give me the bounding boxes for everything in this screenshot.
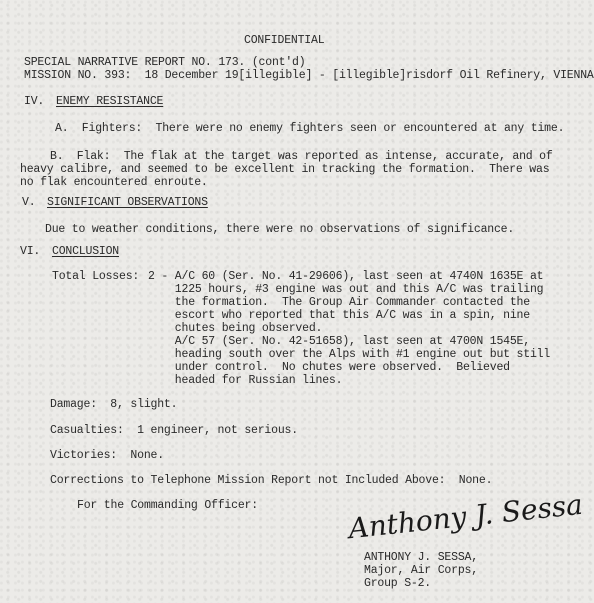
losses-line: escort who reported that this A/C was in… bbox=[148, 309, 530, 322]
section-v-title: SIGNIFICANT OBSERVATIONS bbox=[47, 196, 208, 209]
victories-text: Victories: None. bbox=[50, 449, 164, 462]
losses-line: heading south over the Alps with #1 engi… bbox=[148, 348, 550, 361]
flak-line-1: B. Flak: The flak at the target was repo… bbox=[50, 150, 553, 163]
classification-header: CONFIDENTIAL bbox=[244, 34, 324, 47]
losses-line: 2 - A/C 60 (Ser. No. 41-29606), last see… bbox=[148, 270, 543, 283]
report-number: SPECIAL NARRATIVE REPORT NO. 173. (cont'… bbox=[24, 56, 305, 69]
losses-line: 1225 hours, #3 engine was out and this A… bbox=[148, 283, 543, 296]
signatory-name: ANTHONY J. SESSA, bbox=[364, 551, 478, 564]
corrections-text: Corrections to Telephone Mission Report … bbox=[50, 474, 492, 487]
for-commanding-officer: For the Commanding Officer: bbox=[77, 499, 258, 512]
handwritten-signature: Anthony J. Sessa bbox=[347, 488, 584, 545]
losses-line: A/C 57 (Ser. No. 42-51658), last seen at… bbox=[148, 335, 530, 348]
signatory-rank: Major, Air Corps, bbox=[364, 564, 478, 577]
losses-line: under control. No chutes were observed. … bbox=[148, 361, 510, 374]
mission-line: MISSION NO. 393: 18 December 19[illegibl… bbox=[24, 69, 594, 82]
damage-text: Damage: 8, slight. bbox=[50, 398, 177, 411]
casualties-text: Casualties: 1 engineer, not serious. bbox=[50, 424, 298, 437]
section-vi-title: CONCLUSION bbox=[52, 245, 119, 258]
flak-line-3: no flak encountered enroute. bbox=[20, 176, 208, 189]
document-page: CONFIDENTIAL SPECIAL NARRATIVE REPORT NO… bbox=[0, 0, 594, 603]
losses-line: chutes being observed. bbox=[148, 322, 322, 335]
flak-line-2: heavy calibre, and seemed to be excellen… bbox=[20, 163, 549, 176]
losses-line: the formation. The Group Air Commander c… bbox=[148, 296, 530, 309]
signatory-unit: Group S-2. bbox=[364, 577, 431, 590]
total-losses-label: Total Losses: bbox=[52, 270, 139, 283]
section-v-number: V. bbox=[22, 196, 35, 209]
section-vi-number: VI. bbox=[20, 245, 40, 258]
section-iv-number: IV. bbox=[24, 95, 44, 108]
fighters-text: A. Fighters: There were no enemy fighter… bbox=[55, 122, 564, 135]
section-iv-title: ENEMY RESISTANCE bbox=[56, 95, 163, 108]
losses-line: headed for Russian lines. bbox=[148, 374, 342, 387]
observations-text: Due to weather conditions, there were no… bbox=[45, 223, 514, 236]
